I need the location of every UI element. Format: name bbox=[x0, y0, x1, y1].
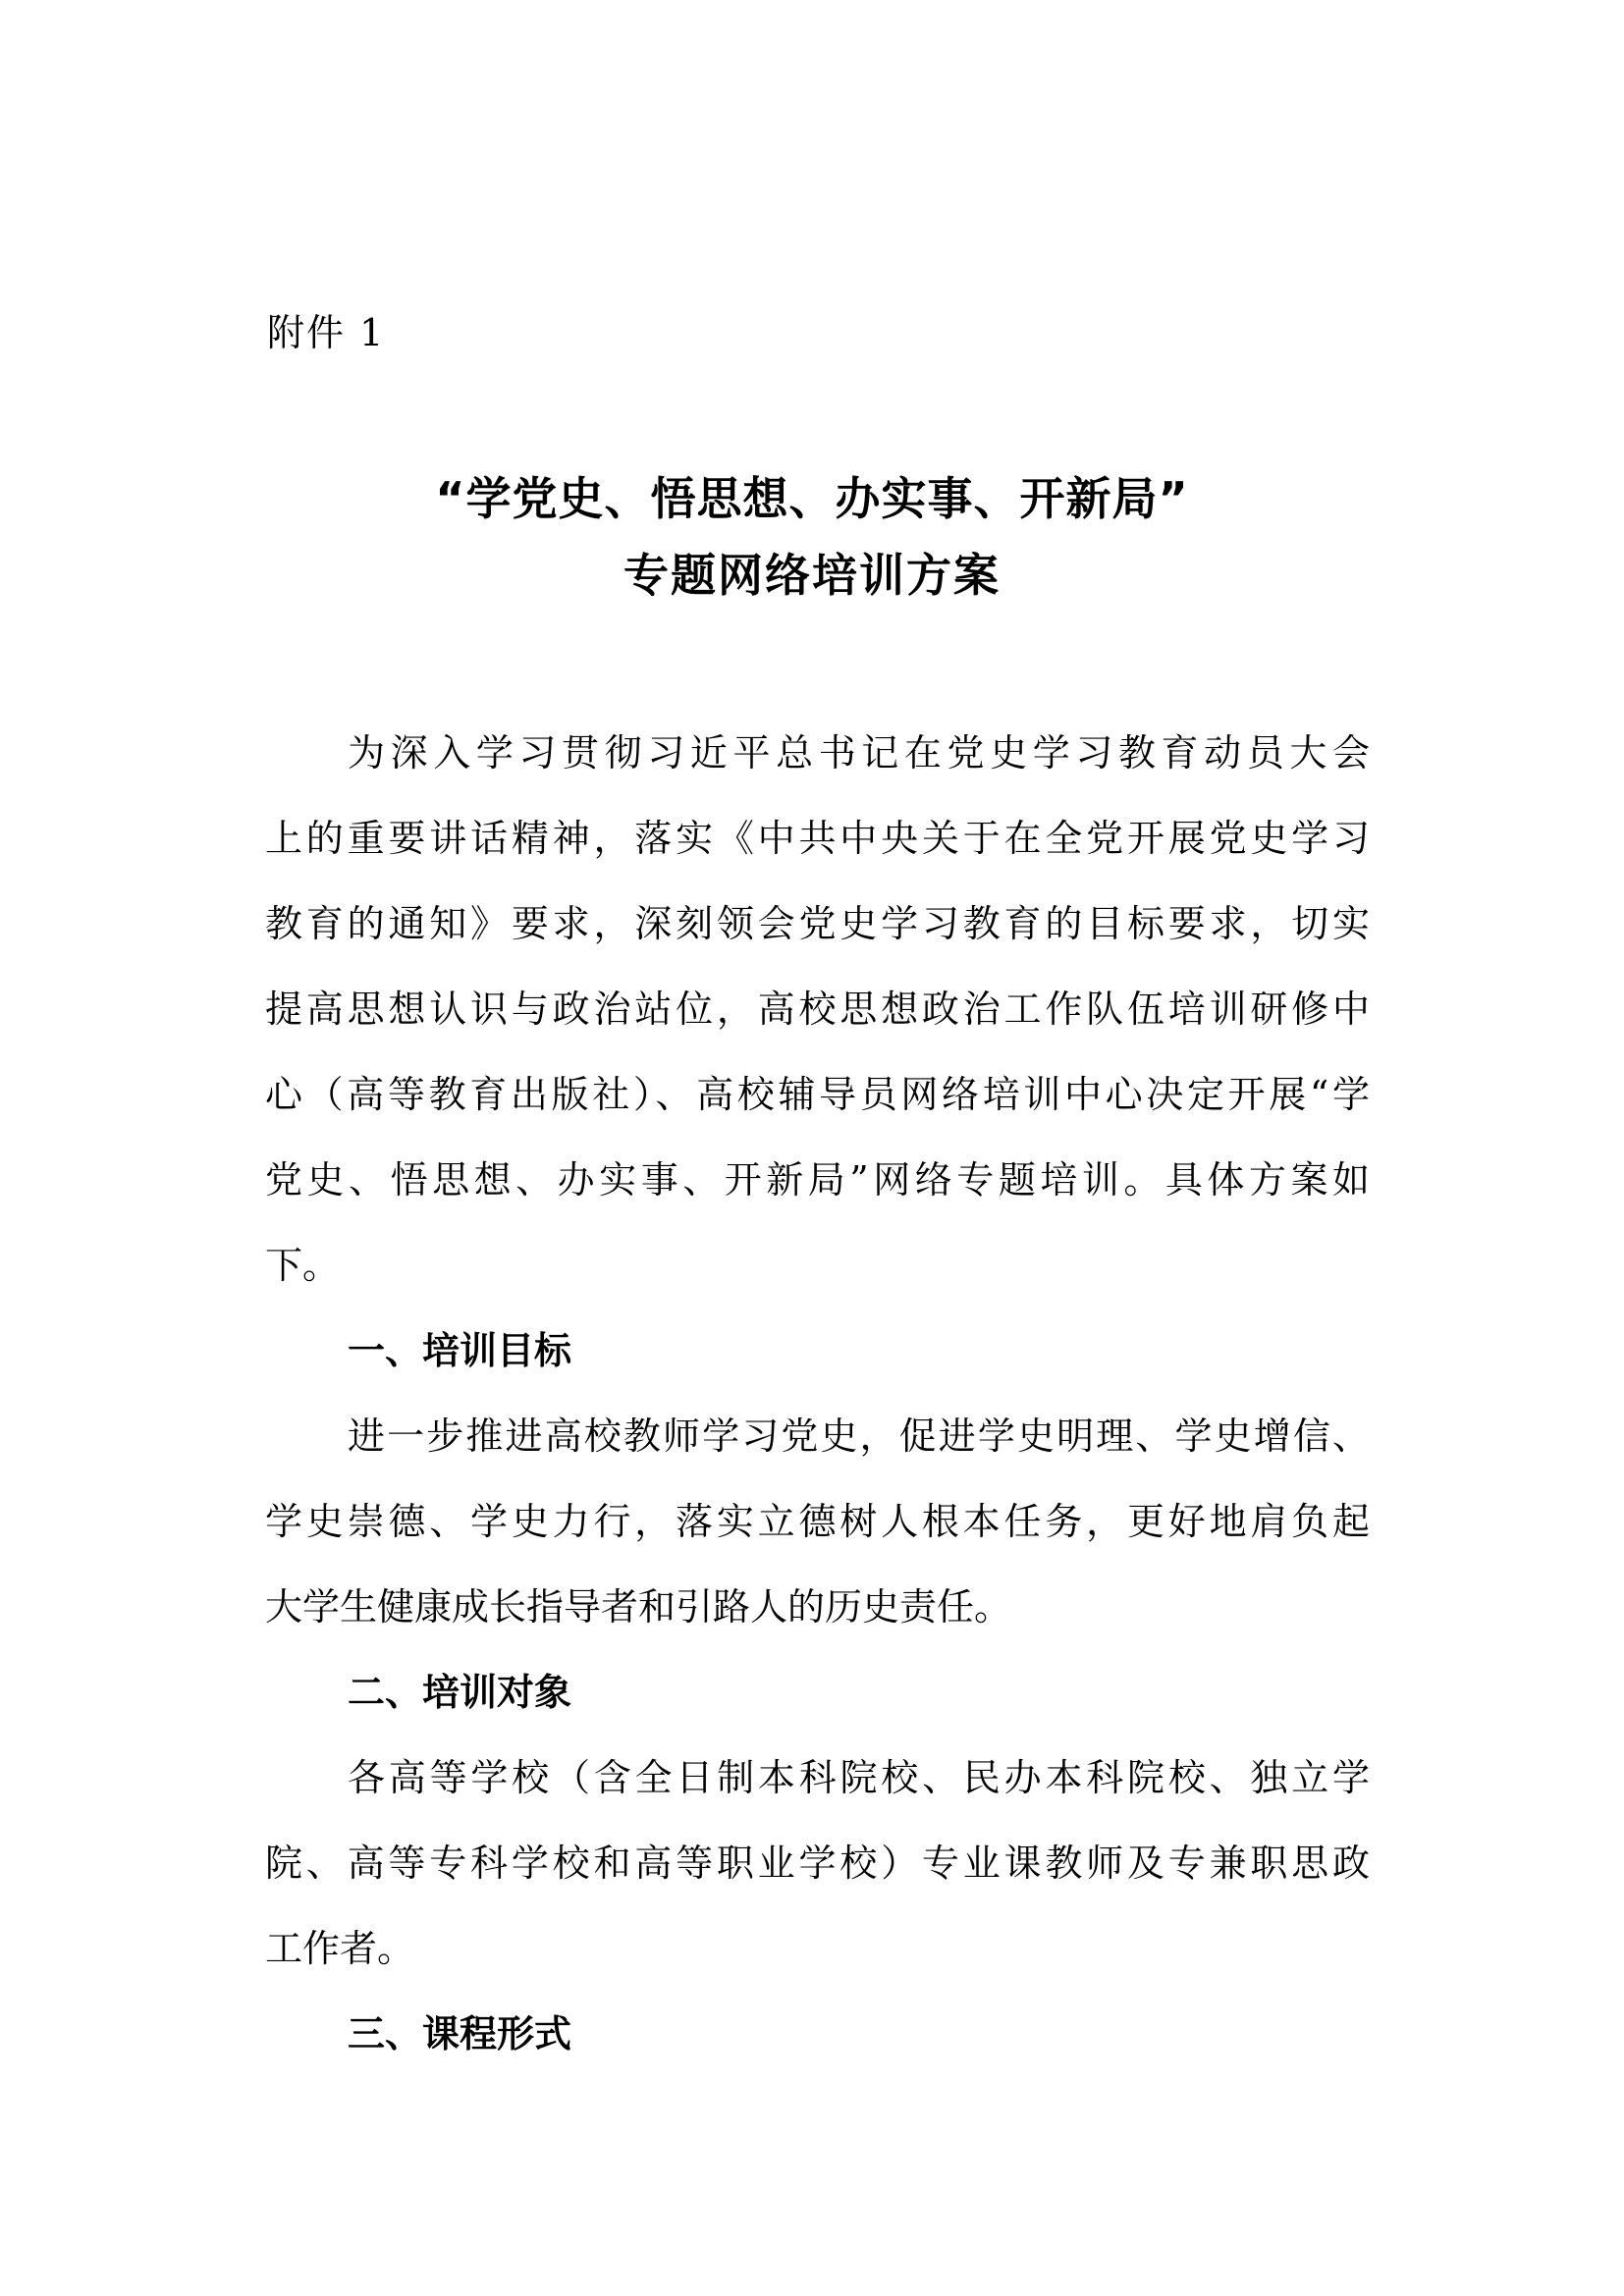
paragraph-line: 党史、悟思想、办实事、开新局”网络专题培训。具体方案如 bbox=[265, 1138, 1370, 1223]
paragraph-line: 下。 bbox=[265, 1223, 1370, 1308]
section-heading: 三、课程形式 bbox=[265, 1992, 1370, 2077]
paragraph-line: 大学生健康成长指导者和引路人的历史责任。 bbox=[265, 1565, 1370, 1650]
section-course-format: 三、课程形式 bbox=[265, 1992, 1370, 2077]
attachment-label: 附件 1 bbox=[267, 308, 385, 357]
document-title-line-2: 专题网络培训方案 bbox=[0, 546, 1624, 605]
section-training-goals: 一、培训目标 进一步推进高校教师学习党史，促进学史明理、学史增信、 学史崇德、学… bbox=[265, 1308, 1370, 1650]
paragraph-line: 上的重要讲话精神，落实《中共中央关于在全党开展党史学习 bbox=[265, 796, 1370, 881]
document-page: 附件 1 “学党史、悟思想、办实事、开新局” 专题网络培训方案 为深入学习贯彻习… bbox=[0, 0, 1624, 2296]
intro-paragraph: 为深入学习贯彻习近平总书记在党史学习教育动员大会 上的重要讲话精神，落实《中共中… bbox=[265, 711, 1370, 1308]
document-title-line-1: “学党史、悟思想、办实事、开新局” bbox=[0, 469, 1624, 528]
paragraph-line: 各高等学校（含全日制本科院校、民办本科院校、独立学 bbox=[265, 1735, 1370, 1821]
section-training-targets: 二、培训对象 各高等学校（含全日制本科院校、民办本科院校、独立学 院、高等专科学… bbox=[265, 1650, 1370, 1992]
section-heading: 一、培训目标 bbox=[265, 1308, 1370, 1394]
section-heading: 二、培训对象 bbox=[265, 1650, 1370, 1735]
paragraph-line: 心（高等教育出版社）、高校辅导员网络培训中心决定开展“学 bbox=[265, 1052, 1370, 1138]
document-body: 为深入学习贯彻习近平总书记在党史学习教育动员大会 上的重要讲话精神，落实《中共中… bbox=[265, 711, 1370, 2077]
paragraph-line: 为深入学习贯彻习近平总书记在党史学习教育动员大会 bbox=[265, 711, 1370, 796]
paragraph-line: 院、高等专科学校和高等职业学校）专业课教师及专兼职思政 bbox=[265, 1821, 1370, 1906]
paragraph-line: 学史崇德、学史力行，落实立德树人根本任务，更好地肩负起 bbox=[265, 1479, 1370, 1565]
paragraph-line: 教育的通知》要求，深刻领会党史学习教育的目标要求，切实 bbox=[265, 881, 1370, 967]
paragraph-line: 工作者。 bbox=[265, 1906, 1370, 1992]
paragraph-line: 提高思想认识与政治站位，高校思想政治工作队伍培训研修中 bbox=[265, 967, 1370, 1052]
paragraph-line: 进一步推进高校教师学习党史，促进学史明理、学史增信、 bbox=[265, 1394, 1370, 1479]
